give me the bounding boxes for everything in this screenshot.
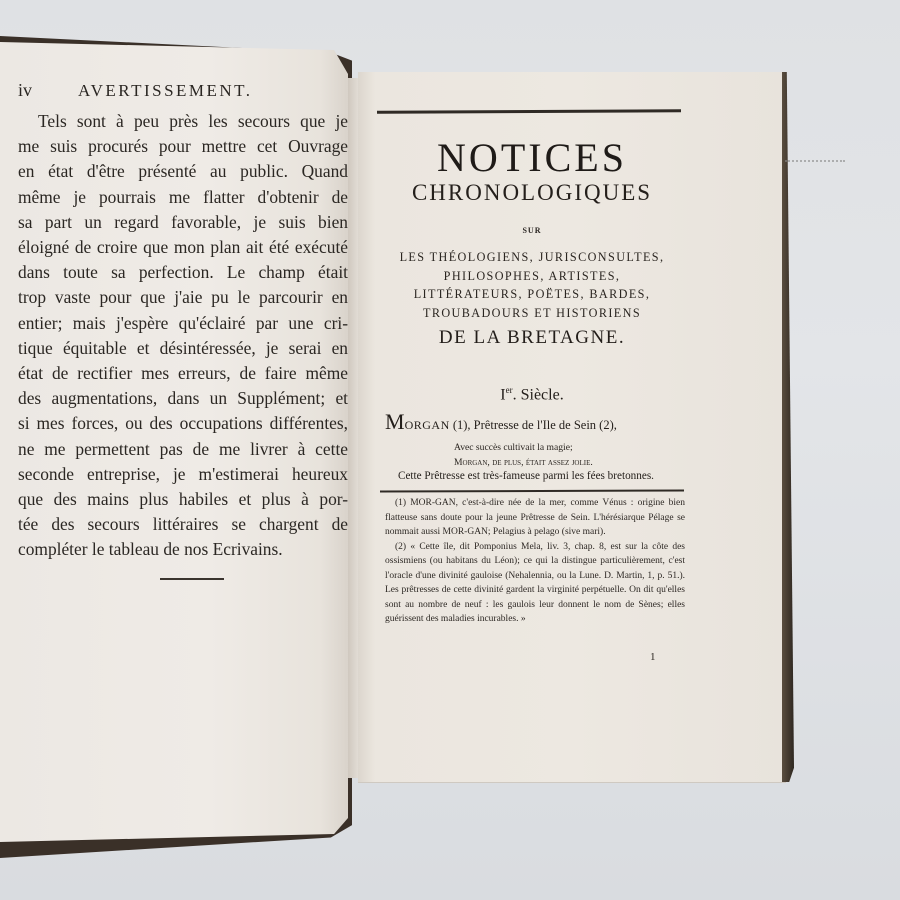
entry-name-initial: M	[385, 409, 405, 434]
subjects-list: LES THÉOLOGIENS, JURISCONSULTES, PHILOSO…	[376, 248, 688, 322]
region-title: DE LA BRETAGNE.	[380, 327, 684, 349]
entry-note: Cette Prêtresse est très-fameuse parmi l…	[398, 470, 698, 482]
page-number: iv	[18, 80, 78, 101]
text-line: Tels sont à peu près les secours que je	[18, 109, 348, 134]
text-line: état de rectifier mes erreurs, de faire …	[18, 361, 348, 386]
text-line: des augmentations, dans un Supplément; e…	[18, 386, 348, 411]
section-divider-rule	[160, 578, 224, 580]
text-line: éloigné de croire que mon plan ait été e…	[18, 235, 348, 260]
century-superscript: er	[506, 385, 513, 395]
right-cover-edge	[782, 72, 794, 782]
folio-number: 1	[650, 651, 656, 663]
footnote-1: (1) MOR-GAN, c'est-à-dire née de la mer,…	[385, 496, 685, 540]
subject-line: PHILOSOPHES, ARTISTES,	[376, 267, 688, 286]
century-heading: Ier. Siècle.	[380, 385, 684, 404]
footnote-2: (2) « Cette île, dit Pomponius Mela, liv…	[385, 540, 685, 627]
text-line: tique équitable et désintéressée, je ser…	[18, 336, 348, 361]
running-head-title: AVERTISSEMENT.	[78, 81, 253, 101]
text-line: dans toute sa perfection. Le champ était	[18, 260, 348, 285]
text-line: que des mains plus habiles et plus à por…	[18, 487, 348, 512]
text-line: me suis procurés pour mettre cet Ouvrage	[18, 134, 348, 159]
entry-name-rest: ORGAN	[405, 418, 450, 432]
verse-line: Avec succès cultivait la magie;	[454, 440, 674, 455]
entry-heading: MORGAN (1), Prêtresse de l'Ile de Sein (…	[385, 409, 695, 435]
text-line: seconde entreprise, je m'estimerai heure…	[18, 462, 348, 487]
avertissement-paragraph: Tels sont à peu près les secours que je …	[18, 109, 348, 563]
background-speck	[785, 160, 845, 164]
verse-line: Morgan, de plus, était assez jolie.	[454, 455, 674, 470]
text-line: tée des secours littéraires se chargent …	[18, 512, 348, 537]
book-photo: iv AVERTISSEMENT. Tels sont à peu près l…	[0, 0, 900, 900]
title-subtitle: CHRONOLOGIQUES	[380, 180, 684, 206]
title-main: NOTICES	[380, 134, 684, 181]
text-line: si mes forces, ou des occupations différ…	[18, 411, 348, 436]
subject-line: LES THÉOLOGIENS, JURISCONSULTES,	[376, 248, 688, 267]
century-label: . Siècle.	[513, 386, 564, 403]
title-connector: SUR	[380, 226, 684, 235]
text-line: entier; mais j'espère qu'éclairé par une…	[18, 311, 348, 336]
entry-heading-text: (1), Prêtresse de l'Ile de Sein (2),	[450, 418, 617, 432]
left-page-content: iv AVERTISSEMENT. Tels sont à peu près l…	[18, 80, 348, 563]
footnotes: (1) MOR-GAN, c'est-à-dire née de la mer,…	[385, 496, 685, 627]
text-line: en état d'être présenté au public. Quand	[18, 159, 348, 184]
text-line: sa part un regard favorable, je suis bie…	[18, 210, 348, 235]
text-line: compléter le tableau de nos Ecrivains.	[18, 537, 348, 562]
text-line: ne me permettent pas de me livrer à cett…	[18, 437, 348, 462]
entry-verse: Avec succès cultivait la magie; Morgan, …	[454, 440, 674, 470]
text-line: trop vaste pour que j'aie pu le parcouri…	[18, 285, 348, 310]
text-line: même je pourrais me flatter d'obtenir de	[18, 185, 348, 210]
running-head: iv AVERTISSEMENT.	[18, 80, 348, 101]
subject-line: LITTÉRATEURS, POËTES, BARDES,	[376, 285, 688, 304]
subject-line: TROUBADOURS ET HISTORIENS	[376, 304, 688, 323]
